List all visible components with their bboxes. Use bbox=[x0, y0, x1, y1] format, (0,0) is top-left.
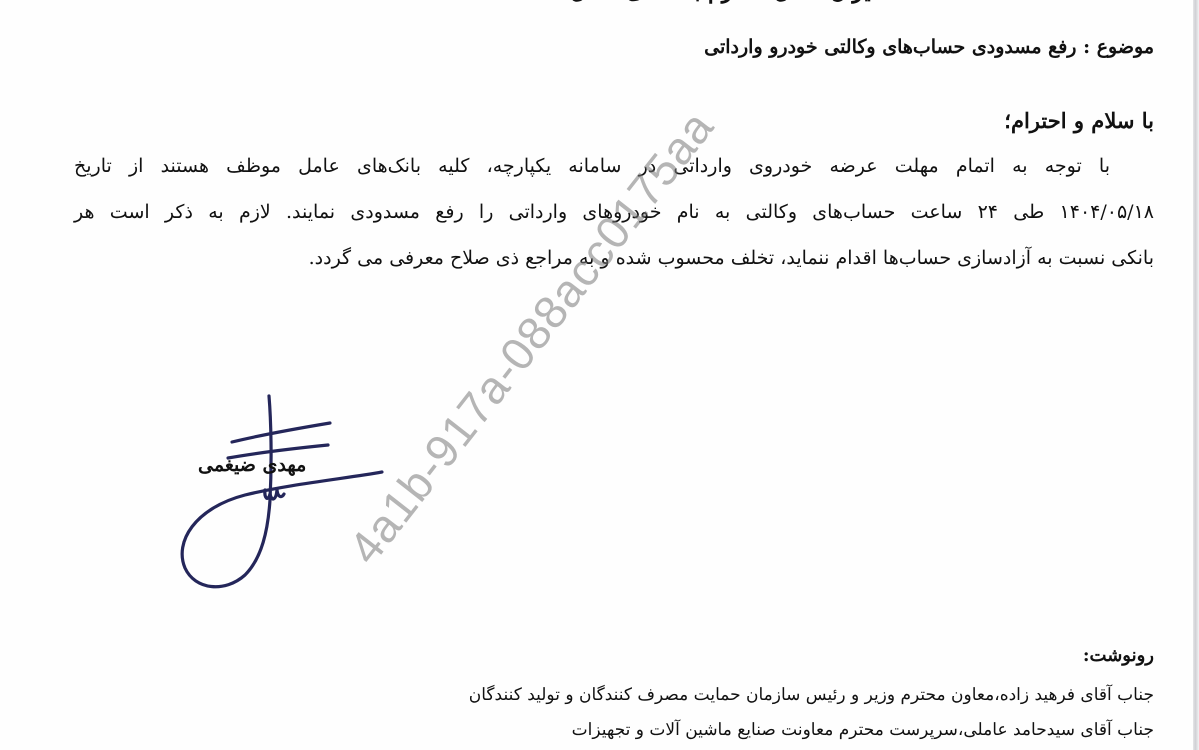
document-page: مدیران عامل محترم بانک‌های عامل موضوع : … bbox=[0, 0, 1194, 750]
page-edge bbox=[1193, 0, 1199, 750]
cc-item: جناب آقای فرهید زاده،معاون محترم وزیر و … bbox=[469, 685, 1154, 705]
recipient-line: مدیران عامل محترم بانک‌های عامل bbox=[570, 0, 894, 4]
body-line-1: با توجه به اتمام مهلت عرضه خودروی واردات… bbox=[74, 143, 1154, 189]
subject-line: موضوع : رفع مسدودی حساب‌های وکالتی خودرو… bbox=[704, 36, 1154, 58]
signature-stroke-icon bbox=[150, 390, 390, 595]
signature: مهدی ضیغمی bbox=[150, 390, 390, 595]
signatory-name: مهدی ضیغمی bbox=[198, 454, 306, 476]
cc-title: رونوشت: bbox=[1083, 645, 1154, 666]
greeting: با سلام و احترام؛ bbox=[1004, 108, 1154, 133]
cc-item: جناب آقای سیدحامد عاملی،سرپرست محترم معا… bbox=[572, 720, 1154, 740]
